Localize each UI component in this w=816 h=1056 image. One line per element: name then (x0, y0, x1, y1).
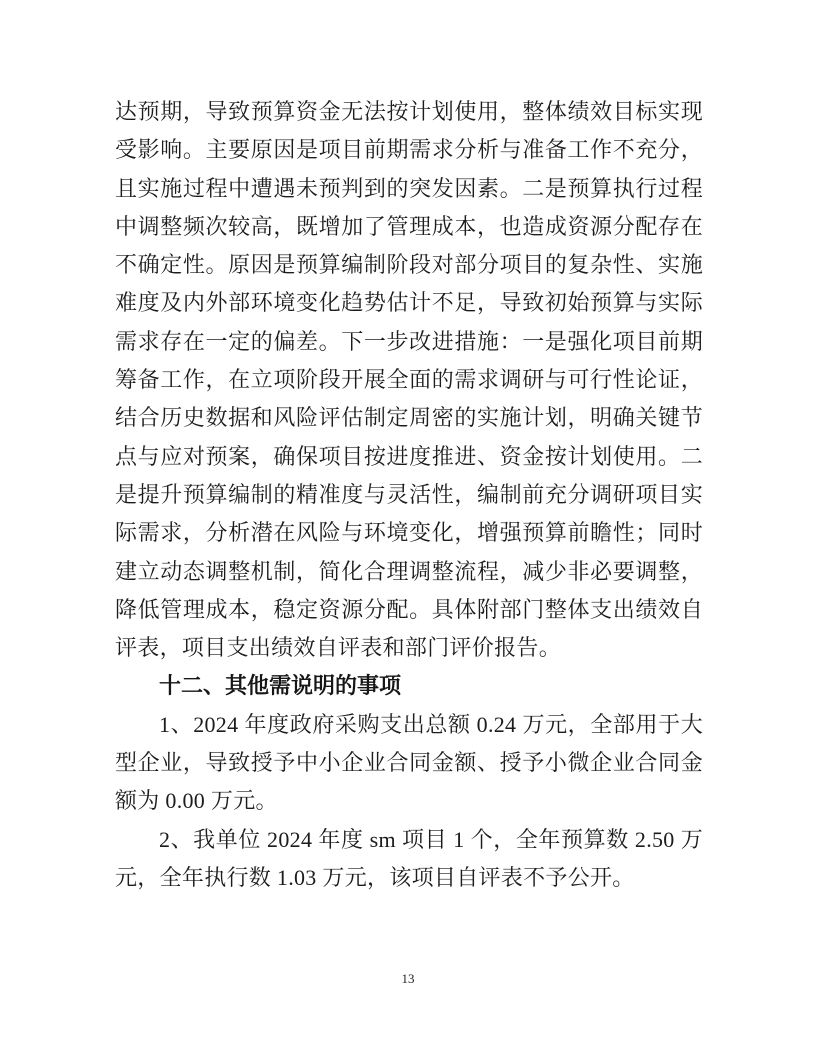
procurement-note-paragraph: 1、2024 年度政府采购支出总额 0.24 万元，全部用于大型企业，导致授予中… (115, 706, 703, 821)
body-paragraph-continuation: 达预期，导致预算资金无法按计划使用，整体绩效目标实现受影响。主要原因是项目前期需… (115, 93, 703, 667)
sm-project-note-paragraph: 2、我单位 2024 年度 sm 项目 1 个，全年预算数 2.50 万元，全年… (115, 821, 703, 898)
page-number: 13 (402, 971, 415, 986)
document-body: 达预期，导致预算资金无法按计划使用，整体绩效目标实现受影响。主要原因是项目前期需… (115, 93, 703, 897)
section-heading: 十二、其他需说明的事项 (115, 667, 703, 705)
document-page: 达预期，导致预算资金无法按计划使用，整体绩效目标实现受影响。主要原因是项目前期需… (0, 0, 816, 1056)
page-footer: 13 (0, 970, 816, 988)
